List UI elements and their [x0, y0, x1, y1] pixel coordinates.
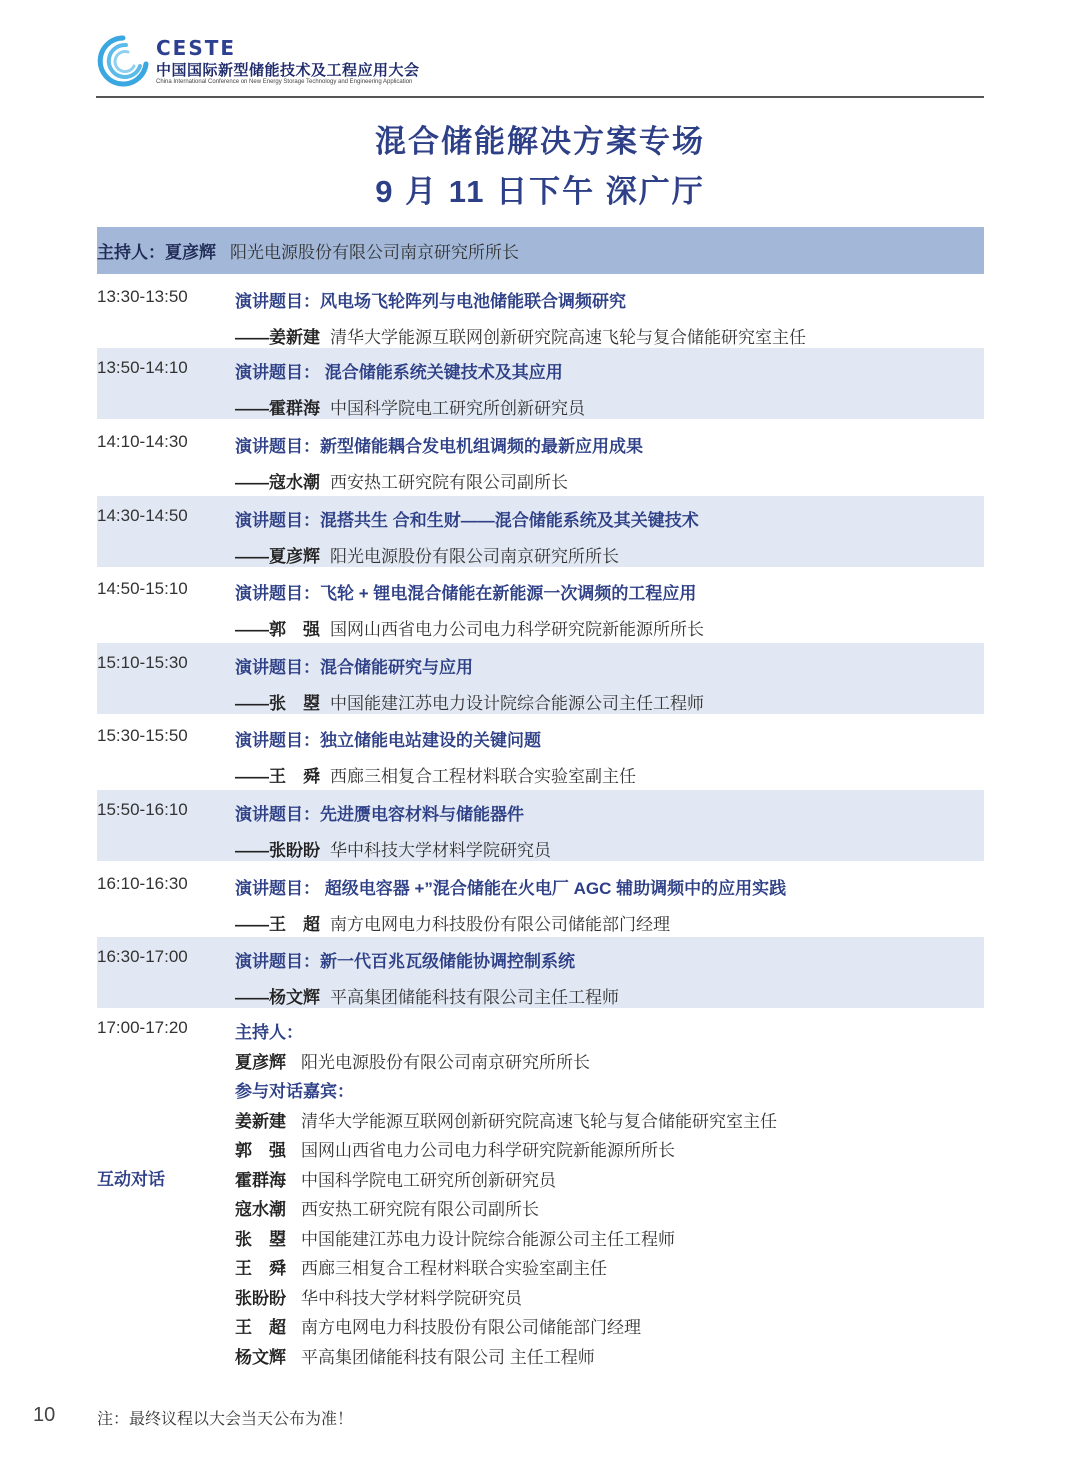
- speaker-affiliation: 平高集团储能科技有限公司主任工程师: [330, 988, 619, 1007]
- agenda-row: 14:10-14:30 演讲题目：新型储能耦合发电机组调频的最新应用成果 ——寇…: [97, 422, 984, 493]
- talk-topic: 演讲题目：风电场飞轮阵列与电池储能联合调频研究: [235, 287, 626, 312]
- time-slot: 15:50-16:10: [97, 800, 188, 820]
- time-slot: 16:10-16:30: [97, 874, 188, 894]
- speaker-affiliation: 清华大学能源互联网创新研究院高速飞轮与复合储能研究室主任: [330, 328, 806, 347]
- session-date-venue: 9 月 11 日下午 深广厅: [0, 166, 1080, 211]
- talk-topic: 演讲题目：先进赝电容材料与储能器件: [235, 800, 524, 825]
- dash: ——: [235, 988, 269, 1007]
- guest-affiliation: 华中科技大学材料学院研究员: [301, 1289, 522, 1308]
- time-slot: 14:50-15:10: [97, 579, 188, 599]
- guest-name: 寇水潮: [235, 1195, 301, 1220]
- host-bar: 主持人： 夏彦辉 阳光电源股份有限公司南京研究所所长: [97, 227, 984, 274]
- speaker-name: 夏彦辉: [269, 547, 320, 566]
- speaker-affiliation: 中国能建江苏电力设计院综合能源公司主任工程师: [330, 694, 704, 713]
- host-affiliation: 阳光电源股份有限公司南京研究所所长: [230, 238, 519, 263]
- speaker-name: 张 曌: [269, 694, 320, 713]
- time-slot: 16:30-17:00: [97, 947, 188, 967]
- agenda-row: 14:50-15:10 演讲题目：飞轮 + 锂电混合储能在新能源一次调频的工程应…: [97, 569, 984, 640]
- speaker-affiliation: 阳光电源股份有限公司南京研究所所长: [330, 547, 619, 566]
- panel-guest: 王 超南方电网电力科技股份有限公司储能部门经理: [235, 1313, 777, 1343]
- panel-label: 互动对话: [97, 1165, 165, 1190]
- panel-guest: 张 曌中国能建江苏电力设计院综合能源公司主任工程师: [235, 1225, 777, 1255]
- speaker-name: 张盼盼: [269, 841, 320, 860]
- speaker-affiliation: 中国科学院电工研究所创新研究员: [330, 399, 585, 418]
- panel-host-label: 主持人：: [235, 1018, 777, 1048]
- time-slot: 15:30-15:50: [97, 726, 188, 746]
- panel-discussion: 17:00-17:20 互动对话 主持人： 夏彦辉阳光电源股份有限公司南京研究所…: [97, 1016, 984, 1366]
- speaker-line: ——张盼盼华中科技大学材料学院研究员: [235, 836, 551, 861]
- panel-guest: 杨文辉平高集团储能科技有限公司 主任工程师: [235, 1343, 777, 1373]
- speaker-name: 郭 强: [269, 620, 320, 639]
- conference-name-cn: 中国国际新型储能技术及工程应用大会: [156, 59, 420, 80]
- guest-affiliation: 清华大学能源互联网创新研究院高速飞轮与复合储能研究室主任: [301, 1112, 777, 1131]
- dash: ——: [235, 547, 269, 566]
- panel-guests-label: 参与对话嘉宾：: [235, 1077, 777, 1107]
- panel-guest: 张盼盼华中科技大学材料学院研究员: [235, 1284, 777, 1314]
- speaker-line: ——杨文辉平高集团储能科技有限公司主任工程师: [235, 983, 619, 1008]
- talk-topic: 演讲题目：混合储能研究与应用: [235, 653, 473, 678]
- speaker-affiliation: 西廊三相复合工程材料联合实验室副主任: [330, 767, 636, 786]
- speaker-line: ——霍群海中国科学院电工研究所创新研究员: [235, 394, 585, 419]
- panel-host: 夏彦辉阳光电源股份有限公司南京研究所所长: [235, 1048, 777, 1078]
- dash: ——: [235, 399, 269, 418]
- guest-name: 杨文辉: [235, 1343, 301, 1368]
- speaker-name: 王 超: [269, 915, 320, 934]
- talk-topic: 演讲题目：独立储能电站建设的关键问题: [235, 726, 541, 751]
- speaker-name: 霍群海: [269, 399, 320, 418]
- talk-topic: 演讲题目：新型储能耦合发电机组调频的最新应用成果: [235, 432, 643, 457]
- host-name: 夏彦辉: [165, 238, 216, 263]
- agenda-row: 15:30-15:50 演讲题目：独立储能电站建设的关键问题 ——王 舜西廊三相…: [97, 716, 984, 787]
- speaker-line: ——姜新建清华大学能源互联网创新研究院高速飞轮与复合储能研究室主任: [235, 323, 806, 348]
- agenda-row: 13:50-14:10 演讲题目： 混合储能系统关键技术及其应用 ——霍群海中国…: [97, 348, 984, 419]
- speaker-affiliation: 国网山西省电力公司电力科学研究院新能源所所长: [330, 620, 704, 639]
- dash: ——: [235, 915, 269, 934]
- guest-affiliation: 中国能建江苏电力设计院综合能源公司主任工程师: [301, 1230, 675, 1249]
- guest-affiliation: 西廊三相复合工程材料联合实验室副主任: [301, 1259, 607, 1278]
- dash: ——: [235, 841, 269, 860]
- guest-name: 王 超: [235, 1313, 301, 1338]
- conference-name-en: China International Conference on New En…: [156, 79, 412, 85]
- speaker-line: ——郭 强国网山西省电力公司电力科学研究院新能源所所长: [235, 615, 704, 640]
- agenda-row: 14:30-14:50 演讲题目：混搭共生 合和生财——混合储能系统及其关键技术…: [97, 496, 984, 567]
- speaker-name: 寇水潮: [269, 473, 320, 492]
- talk-topic: 演讲题目：飞轮 + 锂电混合储能在新能源一次调频的工程应用: [235, 579, 696, 604]
- speaker-affiliation: 西安热工研究院有限公司副所长: [330, 473, 568, 492]
- dash: ——: [235, 694, 269, 713]
- page-number: 10: [33, 1404, 55, 1427]
- guest-affiliation: 中国科学院电工研究所创新研究员: [301, 1171, 556, 1190]
- guest-affiliation: 西安热工研究院有限公司副所长: [301, 1200, 539, 1219]
- talk-topic: 演讲题目： 混合储能系统关键技术及其应用: [235, 358, 563, 383]
- conference-header: CESTE 中国国际新型储能技术及工程应用大会 China Internatio…: [96, 30, 984, 98]
- guest-name: 张盼盼: [235, 1284, 301, 1309]
- guest-name: 王 舜: [235, 1254, 301, 1279]
- dash: ——: [235, 767, 269, 786]
- time-slot: 14:10-14:30: [97, 432, 188, 452]
- ceste-logo-icon: [96, 34, 150, 88]
- dash: ——: [235, 328, 269, 347]
- header-divider: [96, 96, 984, 98]
- speaker-line: ——张 曌中国能建江苏电力设计院综合能源公司主任工程师: [235, 689, 704, 714]
- time-slot: 15:10-15:30: [97, 653, 188, 673]
- time-slot: 14:30-14:50: [97, 506, 188, 526]
- guest-name: 霍群海: [235, 1166, 301, 1191]
- talk-topic: 演讲题目：混搭共生 合和生财——混合储能系统及其关键技术: [235, 506, 699, 531]
- guest-name: 姜新建: [235, 1107, 301, 1132]
- session-title: 混合储能解决方案专场: [0, 116, 1080, 161]
- brand-logo-text: CESTE: [156, 36, 236, 60]
- speaker-affiliation: 华中科技大学材料学院研究员: [330, 841, 551, 860]
- guest-affiliation: 南方电网电力科技股份有限公司储能部门经理: [301, 1318, 641, 1337]
- speaker-line: ——王 舜西廊三相复合工程材料联合实验室副主任: [235, 762, 636, 787]
- speaker-line: ——夏彦辉阳光电源股份有限公司南京研究所所长: [235, 542, 619, 567]
- panel-guest: 郭 强国网山西省电力公司电力科学研究院新能源所所长: [235, 1136, 777, 1166]
- speaker-line: ——寇水潮西安热工研究院有限公司副所长: [235, 468, 568, 493]
- speaker-name: 杨文辉: [269, 988, 320, 1007]
- agenda-row: 13:30-13:50 演讲题目：风电场飞轮阵列与电池储能联合调频研究 ——姜新…: [97, 277, 984, 348]
- dash: ——: [235, 473, 269, 492]
- speaker-affiliation: 南方电网电力科技股份有限公司储能部门经理: [330, 915, 670, 934]
- agenda-row: 16:10-16:30 演讲题目： 超级电容器 +”混合储能在火电厂 AGC 辅…: [97, 864, 984, 935]
- panel-time-slot: 17:00-17:20: [97, 1018, 188, 1038]
- talk-topic: 演讲题目：新一代百兆瓦级储能协调控制系统: [235, 947, 575, 972]
- guest-name: 张 曌: [235, 1225, 301, 1250]
- panel-guest: 王 舜西廊三相复合工程材料联合实验室副主任: [235, 1254, 777, 1284]
- agenda-row: 15:10-15:30 演讲题目：混合储能研究与应用 ——张 曌中国能建江苏电力…: [97, 643, 984, 714]
- talk-topic: 演讲题目： 超级电容器 +”混合储能在火电厂 AGC 辅助调频中的应用实践: [235, 874, 786, 899]
- panel-guest: 霍群海中国科学院电工研究所创新研究员: [235, 1166, 777, 1196]
- agenda-row: 16:30-17:00 演讲题目：新一代百兆瓦级储能协调控制系统 ——杨文辉平高…: [97, 937, 984, 1008]
- speaker-line: ——王 超南方电网电力科技股份有限公司储能部门经理: [235, 910, 670, 935]
- host-label: 主持人：: [97, 238, 165, 263]
- panel-guest: 寇水潮西安热工研究院有限公司副所长: [235, 1195, 777, 1225]
- guest-affiliation: 国网山西省电力公司电力科学研究院新能源所所长: [301, 1141, 675, 1160]
- speaker-name: 王 舜: [269, 767, 320, 786]
- footer-note: 注：最终议程以大会当天公布为准！: [97, 1406, 353, 1429]
- panel-host-name: 夏彦辉: [235, 1048, 301, 1073]
- panel-host-affiliation: 阳光电源股份有限公司南京研究所所长: [301, 1053, 590, 1072]
- agenda-row: 15:50-16:10 演讲题目：先进赝电容材料与储能器件 ——张盼盼华中科技大…: [97, 790, 984, 861]
- dash: ——: [235, 620, 269, 639]
- panel-lines: 主持人： 夏彦辉阳光电源股份有限公司南京研究所所长 参与对话嘉宾： 姜新建清华大…: [235, 1018, 777, 1372]
- speaker-name: 姜新建: [269, 328, 320, 347]
- guest-affiliation: 平高集团储能科技有限公司 主任工程师: [301, 1348, 595, 1367]
- guest-name: 郭 强: [235, 1136, 301, 1161]
- time-slot: 13:50-14:10: [97, 358, 188, 378]
- panel-guest: 姜新建清华大学能源互联网创新研究院高速飞轮与复合储能研究室主任: [235, 1107, 777, 1137]
- time-slot: 13:30-13:50: [97, 287, 188, 307]
